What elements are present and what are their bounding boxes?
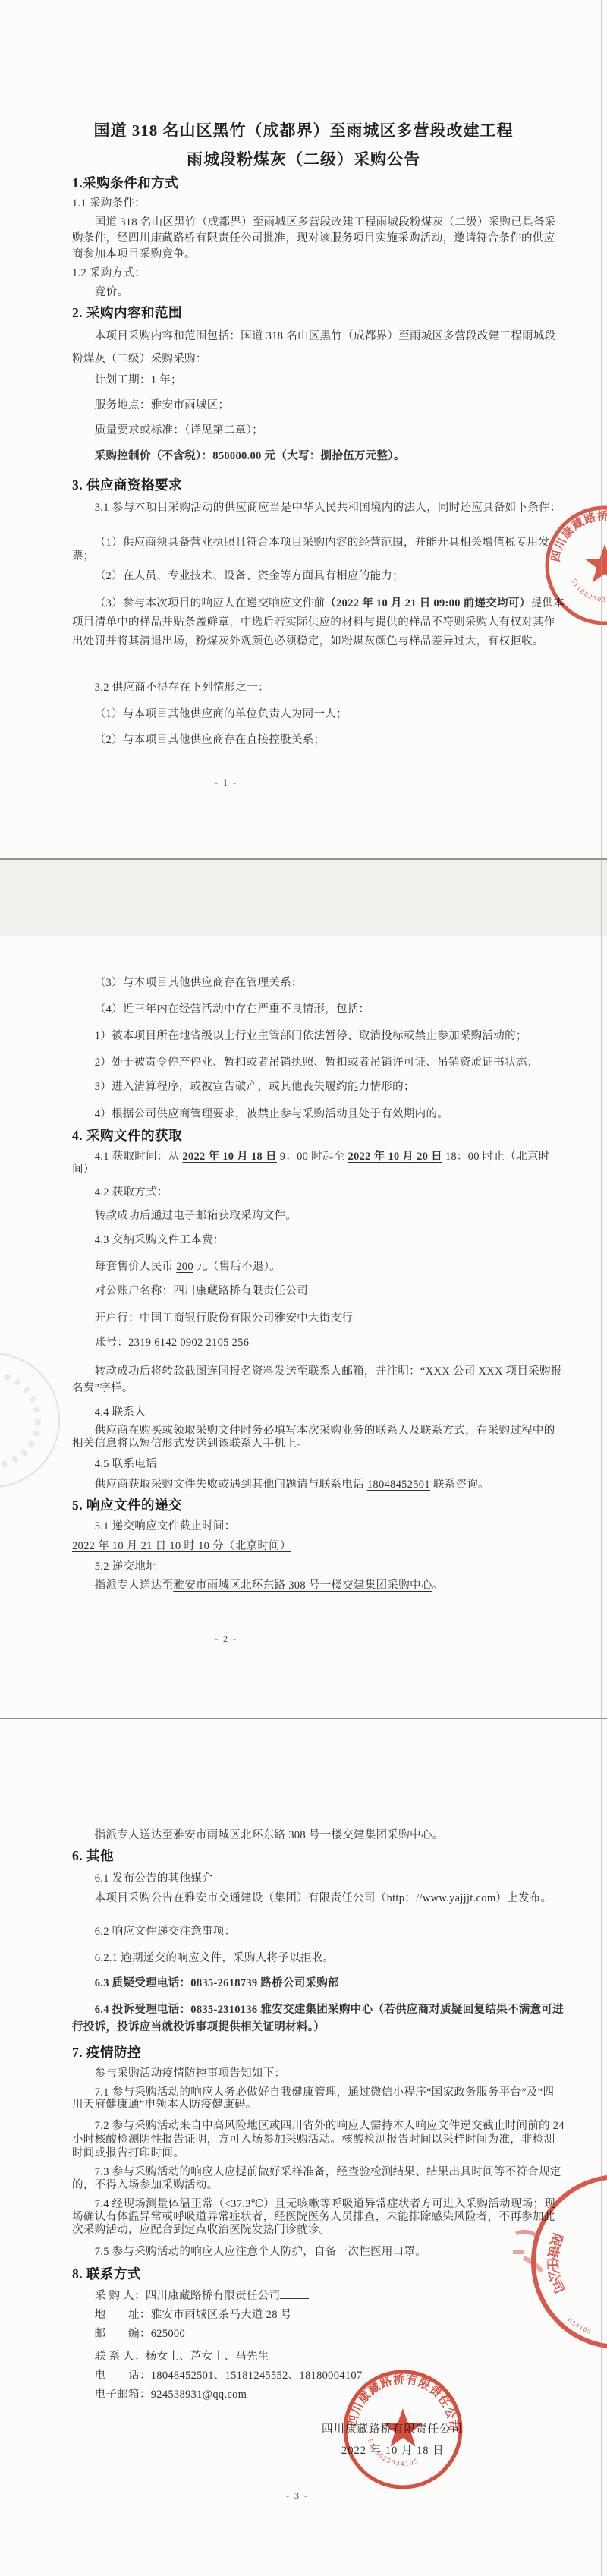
scan-edge-line: [601, 0, 602, 2576]
bad-record-1: 1）被本项目所在地省级以上行业主管部门依法暂停、取消投标或禁止参加采购活动的；: [72, 1028, 565, 1044]
qualification-item-3: （3）参与本次项目的响应人在递交响应文件前（2022 年 10 月 21 日 0…: [72, 594, 565, 651]
partial-company-seal-page1: 四川康藏路桥有限责任公司 5118025034105: [536, 497, 607, 634]
account-number: 账号：2319 6142 0902 2105 256: [72, 1335, 565, 1351]
section-6-heading: 6. 其他: [72, 1846, 565, 1865]
clause-4-4: 4.4 联系人: [72, 1405, 565, 1421]
section-2-heading: 2. 采购内容和范围: [72, 303, 565, 322]
help-phone-number: 18048452501: [367, 1479, 430, 1491]
phone-label: 电 话：: [95, 2370, 151, 2382]
item-3-deadline: （2022 年 10 月 21 日 09:00 前递交均可）: [325, 597, 530, 609]
covid-rule-1: 7.1 参与采购活动的响应人务必做好自我健康管理，通过微信小程序“国家政务服务平…: [72, 2086, 565, 2111]
bad-record-3: 3）进入清算程序，或被宣告破产，或其他丧失履约能力情形的；: [72, 1079, 565, 1095]
delivery-address-value: 雅安市雨城区北环东路 308 号一楼交建集团采购中心: [173, 1829, 432, 1841]
help-phone-prefix: 供应商获取采购文件失败或遇到其他问题请与联系电话: [95, 1479, 367, 1491]
delivery-address-prefix: 指派专人送达至: [95, 1829, 174, 1841]
page-2-number: - 2 -: [196, 1633, 256, 1645]
bank-name: 开户行：中国工商银行股份有限公司雅安中大街支行: [72, 1311, 565, 1327]
email-label: 电子邮箱：: [95, 2389, 151, 2401]
page-1: 国道 318 名山区黑竹（成都界）至雨城区多营段改建工程 雨城段粉煤灰（二级）采…: [0, 0, 607, 860]
page-3: 指派专人送达至雅安市雨城区北环东路 308 号一楼交建集团采购中心。 6. 其他…: [0, 1719, 607, 2576]
contact-person-row: 联 系 人：杨女士、芦女士、马先生: [72, 2349, 565, 2365]
clause-1-1-body: 国道 318 名山区黑竹（成都界）至雨城区多营段改建工程雨城段粉煤灰（二级）采购…: [72, 215, 565, 263]
clause-4-4-body: 供应商在购买或领取采购文件时务必填写本次采购业务的联系人及联系方式，在采购过程中…: [72, 1425, 565, 1450]
page-1-number: - 1 -: [196, 777, 256, 789]
exclusion-item-3: （3）与本项目其他供应商存在管理关系；: [72, 975, 565, 991]
fee-prefix: 每套售价人民币: [95, 1261, 177, 1273]
faint-bleedthrough-seal: [0, 1352, 68, 1504]
clause-1-2: 1.2 采购方式：: [72, 266, 565, 282]
exclusion-item-2: （2）与本项目其他供应商存在直接控股关系；: [72, 732, 565, 748]
phone-value: 18048452501、15181245552、18180004107: [151, 2370, 363, 2382]
service-location-suffix: ；: [219, 399, 230, 411]
clause-1-2-body: 竞价。: [72, 285, 565, 301]
obtain-end-date: 2022 年 10 月 20 日: [348, 1151, 442, 1163]
item-3-prefix: （3）参与本次项目的响应人在递交响应文件前: [95, 597, 326, 609]
help-phone-suffix: 联系咨询。: [430, 1479, 489, 1491]
zip-value: 625000: [151, 2328, 185, 2340]
bad-record-2: 2）处于被责令停产停业、暂扣或者吊销执照、暂扣或者吊销许可证、吊销资质证书状态；: [72, 1055, 565, 1071]
fee-amount: 200: [176, 1261, 193, 1273]
seal-star-icon: [584, 544, 607, 583]
control-price: 采购控制价（不含税）：850000.00 元（大写：捌拾伍万元整）。: [72, 449, 565, 464]
clause-4-2: 4.2 获取方式：: [72, 1185, 565, 1201]
seal-partial-arc-text: 限责任公司: [545, 2231, 567, 2296]
obtain-start-date: 2022 年 10 月 18 日: [182, 1151, 276, 1163]
page-3-number: - 3 -: [267, 2490, 328, 2502]
clause-1-1: 1.1 采购条件：: [72, 196, 565, 212]
qualification-item-1: （1）供应商须具备营业执照且符合本项目采购内容的经营范围，并能开具相关增值税专用…: [72, 536, 565, 563]
email-value: 924538931@qq.com: [151, 2389, 247, 2401]
page-2: （3）与本项目其他供应商存在管理关系； （4）近三年内在经营活动中存在严重不良情…: [0, 936, 607, 1719]
clause-6-2-1: 6.2.1 逾期递交的响应文件，采购人将予以拒收。: [72, 1951, 565, 1967]
service-location-label: 服务地点：: [95, 399, 151, 411]
account-name: 对公账户名称：四川康藏路桥有限责任公司: [72, 1283, 565, 1299]
contact-address-row: 地 址：雅安市雨城区茶马大道 28 号: [72, 2307, 565, 2323]
clause-5-1: 5.1 递交响应文件截止时间：: [72, 1519, 565, 1535]
submission-deadline: 2022 年 10 月 21 日 10 时 10 分（北京时间）: [72, 1538, 565, 1554]
obtain-time-prefix: 4.1 获取时间：从: [95, 1151, 183, 1163]
blank-underline: [280, 2288, 309, 2299]
page-separator: [0, 860, 607, 936]
clause-4-2-body: 转款成功后通过电子邮箱获取采购文件。: [72, 1208, 565, 1224]
plan-duration: 计划工期：1 年；: [72, 373, 565, 389]
qualification-item-2: （2）在人员、专业技术、设备、资金等方面具有相应的能力；: [72, 568, 565, 584]
address-value: 雅安市雨城区茶马大道 28 号: [151, 2309, 292, 2321]
seal-smudge: [516, 2231, 536, 2235]
clause-3-1: 3.1 参与本项目采购活动的供应商应当是中华人民共和国境内的法人，同时还应具备如…: [72, 502, 565, 515]
service-location: 服务地点：雅安市雨城区；: [72, 398, 565, 414]
buyer-name: 四川康藏路桥有限责任公司: [146, 2290, 281, 2302]
clause-6-2: 6.2 响应文件递交注意事项：: [72, 1924, 565, 1940]
partial-company-seal-page3: 限责任公司 034105: [493, 2144, 607, 2395]
document-title-line1: 国道 318 名山区黑竹（成都界）至雨城区多营段改建工程: [0, 118, 607, 141]
fee-suffix: 元（售后不退）。: [193, 1261, 281, 1273]
obtain-time: 4.1 获取时间：从 2022 年 10 月 18 日 9：00 时起至 202…: [72, 1151, 565, 1176]
contact-buyer-row: 采 购 人：四川康藏路桥有限责任公司: [72, 2288, 565, 2304]
svg-text:限责任公司: 限责任公司: [545, 2231, 567, 2296]
obtain-time-mid: 9：00 时起至: [277, 1151, 348, 1163]
section-3-heading: 3. 供应商资格要求: [72, 475, 565, 494]
inquiry-phone: 6.3 质疑受理电话：0835-2618739 路桥公司采购部: [72, 1976, 565, 1992]
section-7-heading: 7. 疫情防控: [72, 2042, 565, 2061]
contact-person-value: 杨女士、芦女士、马先生: [146, 2351, 269, 2363]
delivery-address: 指派专人送达至雅安市雨城区北环东路 308 号一楼交建集团采购中心。: [72, 1578, 565, 1594]
quality-requirement: 质量要求或标准：（详见第二章）；: [72, 423, 565, 439]
covid-rule-3: 7.3 参与采购活动的响应人应提前做好采样准备，经查验检测结果、结果出具时间等不…: [72, 2166, 565, 2192]
zip-label: 邮 编：: [95, 2328, 151, 2340]
document-fee: 每套售价人民币 200 元（售后不退）。: [72, 1259, 565, 1275]
clause-6-1: 6.1 发布公告的其他媒介: [72, 1871, 565, 1887]
help-phone-line: 供应商获取采购文件失败或遇到其他问题请与联系电话 18048452501 联系咨…: [72, 1477, 565, 1493]
address-label: 地 址：: [95, 2309, 151, 2321]
buyer-label: 采 购 人：: [95, 2290, 146, 2302]
section-8-heading: 8. 联系方式: [72, 2264, 565, 2283]
transfer-note: 转款成功后将转款截图连同报名资料发送至联系人邮箱，并注明：“XXX 公司 XXX…: [72, 1363, 565, 1397]
exclusion-item-1: （1）与本项目其他供应商的单位负责人为同一人；: [72, 707, 565, 723]
delivery-address-prefix: 指派专人送达至: [95, 1579, 174, 1592]
delivery-address-repeat: 指派专人送达至雅安市雨城区北环东路 308 号一楼交建集团采购中心。: [72, 1828, 565, 1844]
exclusion-item-4: （4）近三年内在经营活动中存在严重不良情形，包括：: [72, 1002, 565, 1018]
bad-record-4: 4）根据公司供应商管理要求，被禁止参与采购活动且处于有效期内的。: [72, 1107, 565, 1123]
company-seal-main: 四川康藏路桥有限责任公司 5118025034105: [338, 2365, 467, 2494]
scope-paragraph: 本项目采购内容和范围包括：国道 318 名山区黑竹（成都界）至雨城区多营段改建工…: [72, 325, 565, 370]
section-1-heading: 1.采购条件和方式: [72, 173, 565, 192]
covid-rule-2: 7.2 参与采购活动来自中高风险地区或四川省外的响应人需持本人响应文件递交截止时…: [72, 2119, 565, 2160]
document-title-line2: 雨城段粉煤灰（二级）采购公告: [0, 147, 607, 170]
contact-email-row: 电子邮箱：924538931@qq.com: [72, 2387, 565, 2403]
contact-phone-row: 电 话：18048452501、15181245552、18180004107: [72, 2368, 565, 2384]
scanned-procurement-announcement: 国道 318 名山区黑竹（成都界）至雨城区多营段改建工程 雨城段粉煤灰（二级）采…: [0, 0, 607, 2576]
service-location-value: 雅安市雨城区: [151, 399, 219, 411]
delivery-address-suffix: 。: [432, 1579, 444, 1592]
section-4-heading: 4. 采购文件的获取: [72, 1126, 565, 1145]
delivery-address-suffix: 。: [432, 1829, 444, 1841]
clause-6-1-body: 本项目采购公告在雅安市交通建设（集团）有限责任公司（http：//www.yaj…: [72, 1891, 565, 1907]
contact-zip-row: 邮 编：625000: [72, 2326, 565, 2342]
seal-smudge: [513, 2250, 524, 2254]
covid-rule-4: 7.4 经现场测量体温正常（<37.3℃）且无咳嗽等呼吸道异常症状者方可进入采购…: [72, 2198, 565, 2237]
clause-5-2: 5.2 递交地址: [72, 1559, 565, 1575]
contact-person-label: 联 系 人：: [95, 2351, 146, 2363]
covid-intro: 参与采购活动疫情防控事项告知如下：: [72, 2066, 565, 2082]
clause-4-3: 4.3 交纳采购文件工本费：: [72, 1233, 565, 1249]
section-5-heading: 5. 响应文件的递交: [72, 1495, 565, 1514]
clause-3-2: 3.2 供应商不得存在下列情形之一：: [72, 680, 565, 696]
delivery-address-value: 雅安市雨城区北环东路 308 号一楼交建集团采购中心: [173, 1579, 432, 1592]
covid-rule-5: 7.5 参与采购活动的响应人应注意个人防护，自备一次性医用口罩。: [72, 2244, 565, 2260]
seal-star-icon: [382, 2408, 423, 2447]
complaint-phone: 6.4 投诉受理电话：0835-2310136 雅安交建集团采购中心（若供应商对…: [72, 2001, 565, 2036]
clause-4-5: 4.5 联系电话: [72, 1456, 565, 1472]
